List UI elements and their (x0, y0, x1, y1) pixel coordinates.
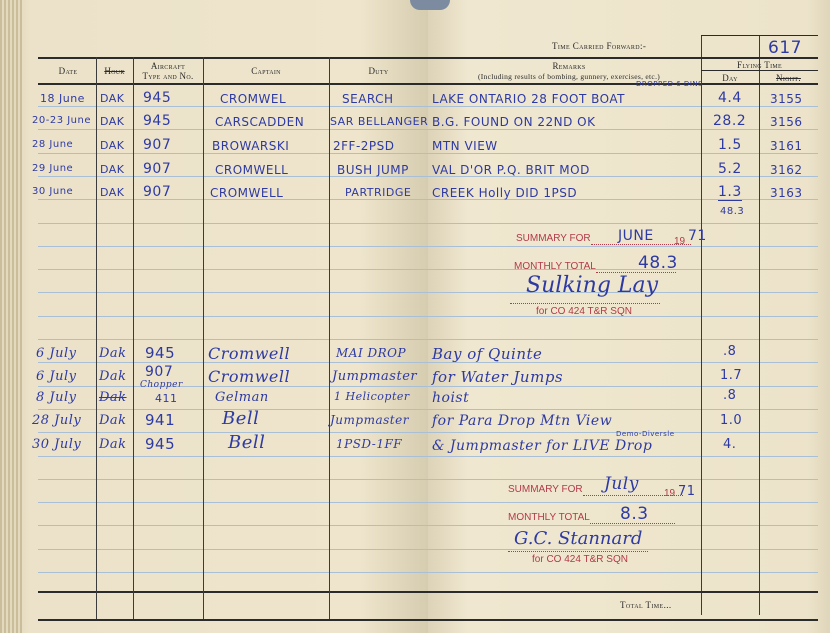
logbook-left-page: Date Hour Aircraft Type and No. Captain … (0, 0, 428, 633)
entry-date: 28 June (32, 139, 73, 150)
entry-aircraft-no: 945 (143, 90, 171, 106)
signature-line (508, 550, 648, 552)
header-bottom-rule (428, 83, 818, 85)
entry-aircraft-type: Dak (99, 346, 127, 361)
entry-duty: BUSH JUMP (337, 163, 409, 177)
entry-date: 6 July (36, 346, 77, 361)
entry-date: 30 June (32, 186, 73, 197)
col-header-aircraft-sub: Type and No. (133, 71, 203, 81)
col-divider (329, 57, 330, 619)
entry-note: DROPPED 6 DINS (636, 80, 703, 88)
entry-remarks: for Water Jumps (432, 368, 563, 386)
entry-duty: 1PSD-1FF (336, 437, 402, 451)
entry-aircraft-type: DAK (100, 92, 125, 105)
entry-night-time: 3156 (770, 115, 803, 129)
monthly-total-text: MONTHLY TOTAL (508, 512, 590, 523)
entry-captain: CROMWELL (210, 186, 283, 200)
monthly-total-value: 48.3 (638, 253, 678, 273)
entry-aircraft-no: 945 (143, 113, 171, 129)
entry-day-time: 4. (723, 437, 736, 452)
total-top-rule (428, 591, 818, 593)
col-header-remarks: Remarks (438, 61, 700, 71)
col-header-day: Day (701, 73, 759, 83)
entry-remarks: hoist (432, 390, 469, 406)
summary-for-text: SUMMARY FOR (516, 233, 591, 244)
entry-remarks: MTN VIEW (432, 139, 498, 153)
entry-aircraft-type: DAK (100, 163, 125, 176)
total-bottom-rule (38, 619, 428, 621)
page-edges (0, 0, 22, 633)
entry-aircraft-no: 941 (145, 411, 175, 429)
entry-aircraft-no: 945 (145, 435, 175, 453)
entry-day-time: 28.2 (713, 113, 746, 129)
entry-duty: PARTRIDGE (345, 186, 411, 199)
entry-day-time: .8 (723, 388, 736, 403)
summary-year-prefix: 19 (664, 488, 675, 499)
entry-captain: Cromwell (208, 367, 290, 386)
entry-aircraft-type-note: Chopper (140, 380, 183, 390)
entry-day-time: .8 (723, 344, 736, 359)
entry-remarks: CREEK Holly DID 1PSD (432, 186, 577, 200)
entry-remarks: Bay of Quinte (432, 345, 542, 363)
monthly-total-value: 8.3 (620, 504, 649, 524)
entry-note: Demo-Diversle (616, 430, 675, 438)
entry-day-time: 5.2 (718, 161, 742, 177)
summary-for-label: SUMMARY FOR (508, 484, 683, 496)
entry-duty: SAR BELLANGER (330, 115, 428, 128)
total-time-label: Total Time... (620, 600, 672, 610)
entry-duty: SEARCH (342, 92, 394, 106)
col-header-captain: Captain (203, 66, 329, 76)
entry-aircraft-type: Dak (99, 369, 127, 384)
entry-captain: CROMWEL (220, 92, 286, 106)
entry-aircraft-type: Dak (99, 390, 127, 405)
entry-date: 8 July (36, 390, 77, 405)
entry-aircraft-type: DAK (100, 115, 125, 128)
entry-aircraft-type: DAK (100, 186, 125, 199)
tcf-box-top (701, 35, 818, 36)
entry-duty: 1 Helicopter (334, 390, 410, 403)
entry-duty: Jumpmaster (330, 413, 409, 427)
summary-year-prefix: 19 (674, 236, 685, 247)
col-divider (133, 57, 134, 619)
entry-remarks: LAKE ONTARIO 28 FOOT BOAT (432, 92, 625, 106)
entry-day-time: 1.5 (718, 137, 742, 153)
summary-month: JUNE (618, 228, 654, 244)
col-header-hour: Hour (96, 66, 133, 76)
entry-aircraft-no: 907 (143, 137, 171, 153)
entry-captain: Bell (228, 432, 265, 453)
entry-captain: CROMWELL (215, 163, 288, 177)
entry-aircraft-no: 411 (155, 392, 178, 405)
header-top-rule (428, 57, 818, 59)
entry-captain: BROWARSKI (212, 139, 289, 153)
monthly-total-text: MONTHLY TOTAL (514, 261, 596, 272)
entry-duty: MAI DROP (336, 346, 406, 360)
entry-date: 29 June (32, 163, 73, 174)
entry-aircraft-type: Dak (99, 413, 127, 428)
entry-night-time: 3155 (770, 92, 803, 106)
logbook-right-page: Time Carried Forward:- 617 Remarks (Incl… (428, 0, 830, 633)
entry-date: 30 July (32, 437, 81, 452)
entry-aircraft-type: DAK (100, 139, 125, 152)
entry-night-time: 3161 (770, 139, 803, 153)
summary-month: July (604, 474, 639, 494)
total-bottom-rule (428, 619, 818, 621)
entry-captain: Cromwell (208, 344, 290, 363)
entry-captain: Bell (222, 408, 259, 429)
col-divider-night (759, 35, 760, 615)
signature: G.C. Stannard (514, 528, 642, 549)
summary-year-suffix: 71 (678, 484, 696, 499)
summary-for-text: SUMMARY FOR (508, 484, 583, 495)
entry-duty: 2FF-2PSD (333, 139, 395, 153)
col-divider (96, 57, 97, 619)
monthly-total-label: MONTHLY TOTAL (508, 512, 675, 524)
entry-date: 20-23 June (32, 115, 91, 126)
entry-remarks: VAL D'OR P.Q. BRIT MOD (432, 163, 590, 177)
entry-date: 28 July (32, 413, 81, 428)
entry-remarks: B.G. FOUND ON 22ND OK (432, 115, 596, 129)
entry-date: 18 June (40, 92, 85, 105)
entry-day-time: 1.0 (720, 413, 742, 428)
entry-remarks: & Jumpmaster for LIVE Drop (432, 438, 652, 454)
summary-year-suffix: 71 (688, 228, 707, 244)
signature: Sulking Lay (526, 273, 658, 298)
entry-remarks: for Para Drop Mtn View (432, 413, 612, 429)
entry-aircraft-type: Dak (99, 437, 127, 452)
col-header-night: Night. (759, 73, 818, 83)
col-header-duty: Duty (329, 66, 428, 76)
entry-day-time: 1.3 (718, 184, 742, 201)
for-co-label: for CO 424 T&R SQN (532, 554, 628, 565)
entry-captain: CARSCADDEN (215, 115, 304, 129)
entry-day-time: 4.4 (718, 90, 742, 106)
book-spine-gap (410, 0, 450, 10)
flying-time-divider (701, 70, 818, 71)
col-divider-day (701, 35, 702, 615)
entry-night-time: 3163 (770, 186, 803, 200)
signature-line (510, 302, 660, 304)
entry-aircraft-no: 907 (143, 184, 171, 200)
col-header-flying-time: Flying Time (701, 60, 818, 70)
entry-date: 6 July (36, 369, 77, 384)
entry-captain: Gelman (215, 390, 269, 405)
entry-aircraft-no: 907 (145, 364, 173, 380)
june-subtotal: 48.3 (720, 206, 744, 217)
col-divider (203, 57, 204, 619)
summary-for-label: SUMMARY FOR (516, 233, 691, 245)
entry-day-time: 1.7 (720, 368, 742, 383)
time-carried-forward-label: Time Carried Forward:- (552, 41, 646, 51)
time-carried-forward-value: 617 (768, 38, 802, 58)
entry-duty: Jumpmaster (332, 369, 417, 384)
entry-aircraft-no: 945 (145, 344, 175, 362)
entry-night-time: 3162 (770, 163, 803, 177)
col-header-aircraft: Aircraft (133, 61, 203, 71)
for-co-label: for CO 424 T&R SQN (536, 306, 632, 317)
entry-aircraft-no: 907 (143, 161, 171, 177)
col-header-date: Date (40, 66, 96, 76)
